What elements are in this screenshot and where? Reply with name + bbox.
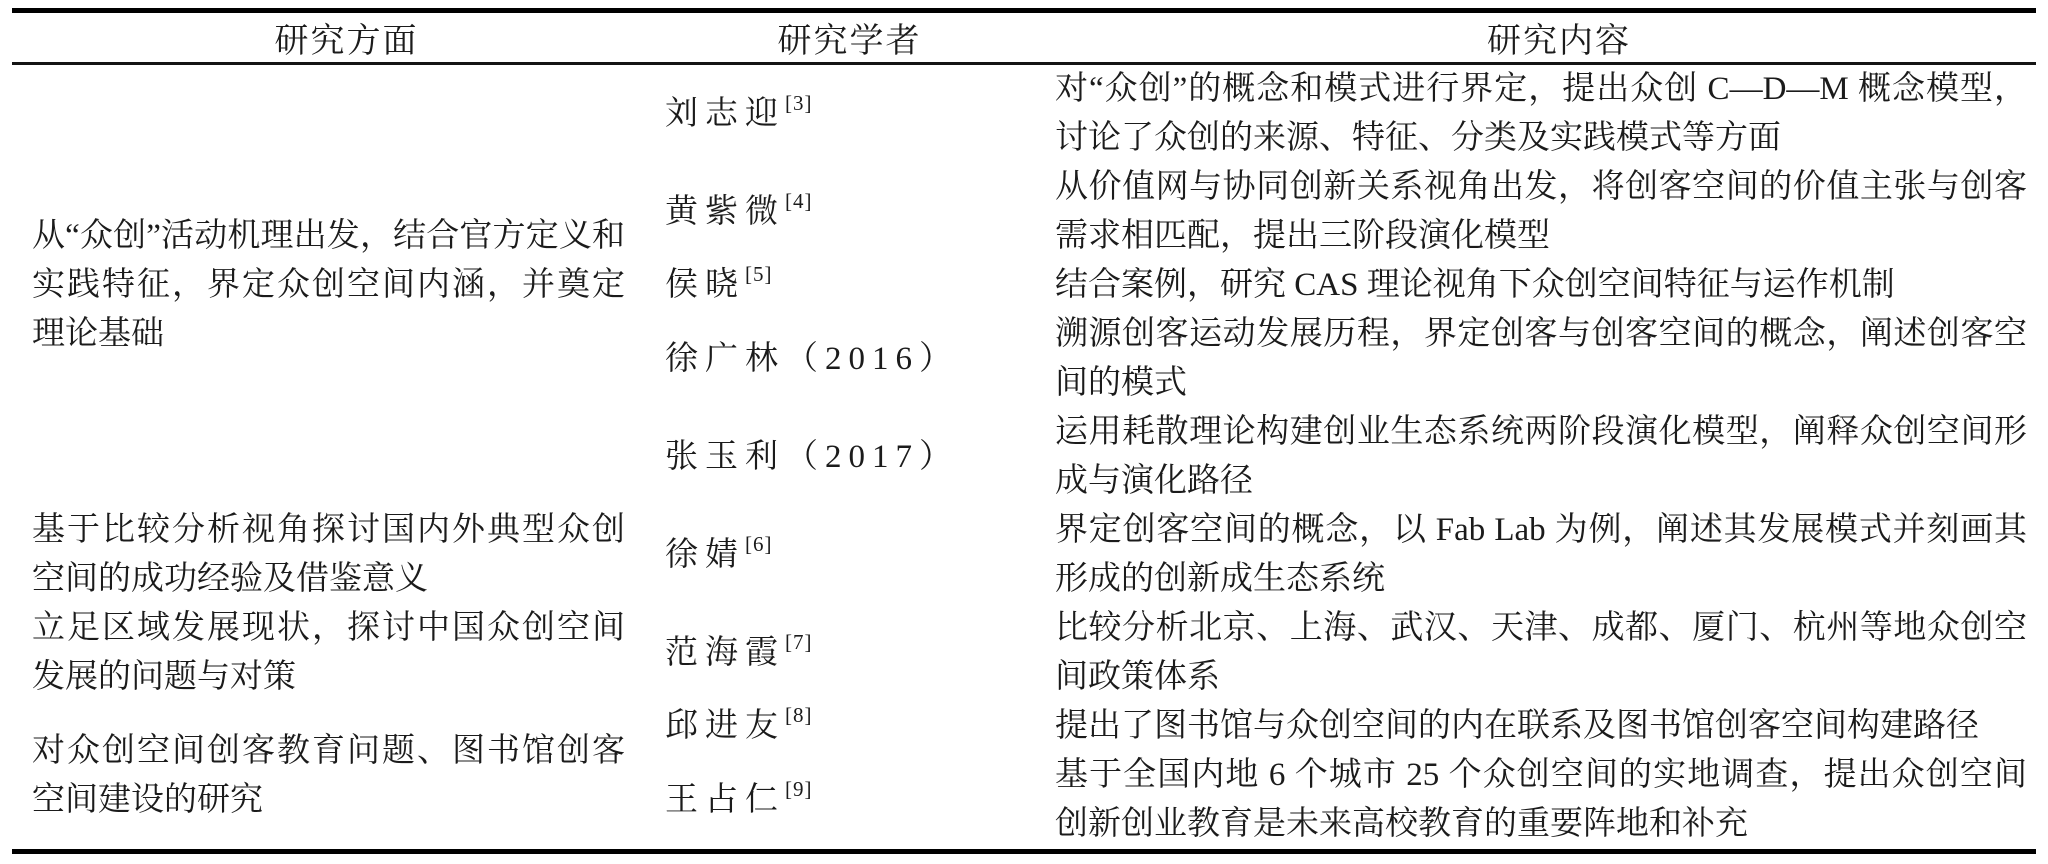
content-cell: 基于全国内地 6 个城市 25 个众创空间的实地调查，提出众创空间创新创业教育是… bbox=[992, 751, 2036, 852]
research-literature-table: 研究方面 研究学者 研究内容 从“众创”活动机理出发，结合官方定义和实践特征，界… bbox=[12, 8, 2036, 854]
scholar-name: 王占仁 bbox=[665, 782, 785, 818]
scholar-cell: 邱进友[8] bbox=[627, 702, 992, 751]
scholar-cell: 侯晓[5] bbox=[627, 261, 992, 310]
aspect-cell-maker-education: 对众创空间创客教育问题、图书馆创客空间建设的研究 bbox=[12, 702, 627, 852]
aspect-cell-theory-foundation: 从“众创”活动机理出发，结合官方定义和实践特征，界定众创空间内涵，并奠定理论基础 bbox=[12, 64, 627, 507]
table-row: 对众创空间创客教育问题、图书馆创客空间建设的研究 邱进友[8] 提出了图书馆与众… bbox=[12, 702, 2036, 751]
aspect-cell-comparative-analysis: 基于比较分析视角探讨国内外典型众创空间的成功经验及借鉴意义 bbox=[12, 506, 627, 604]
column-header-content: 研究内容 bbox=[992, 11, 2036, 64]
content-cell: 对“众创”的概念和模式进行界定，提出众创 C—D—M 概念模型，讨论了众创的来源… bbox=[992, 64, 2036, 164]
scholar-cell: 黄紫微[4] bbox=[627, 163, 992, 261]
reference-marker: [7] bbox=[785, 630, 813, 654]
reference-marker: [4] bbox=[785, 189, 813, 213]
scholar-cell: 王占仁[9] bbox=[627, 751, 992, 852]
scholar-name: 黄紫微 bbox=[665, 194, 785, 230]
content-cell: 界定创客空间的概念，以 Fab Lab 为例，阐述其发展模式并刻画其形成的创新成… bbox=[992, 506, 2036, 604]
content-cell: 结合案例，研究 CAS 理论视角下众创空间特征与运作机制 bbox=[992, 261, 2036, 310]
content-cell: 提出了图书馆与众创空间的内在联系及图书馆创客空间构建路径 bbox=[992, 702, 2036, 751]
content-cell: 溯源创客运动发展历程，界定创客与创客空间的概念，阐述创客空间的模式 bbox=[992, 310, 2036, 408]
scholar-name: 徐婧 bbox=[665, 537, 745, 573]
content-cell: 比较分析北京、上海、武汉、天津、成都、厦门、杭州等地众创空间政策体系 bbox=[992, 604, 2036, 702]
table-row: 立足区域发展现状，探讨中国众创空间发展的问题与对策 范海霞[7] 比较分析北京、… bbox=[12, 604, 2036, 702]
scholar-name: 张玉利（2017） bbox=[665, 439, 959, 475]
scholar-cell: 徐广林（2016） bbox=[627, 310, 992, 408]
reference-marker: [5] bbox=[745, 262, 773, 286]
header-row: 研究方面 研究学者 研究内容 bbox=[12, 11, 2036, 64]
reference-marker: [9] bbox=[785, 777, 813, 801]
reference-marker: [3] bbox=[785, 91, 813, 115]
scholar-name: 邱进友 bbox=[665, 708, 785, 744]
scholar-cell: 刘志迎[3] bbox=[627, 64, 992, 164]
scholar-name: 范海霞 bbox=[665, 635, 785, 671]
reference-marker: [6] bbox=[745, 532, 773, 556]
paper-page: 研究方面 研究学者 研究内容 从“众创”活动机理出发，结合官方定义和实践特征，界… bbox=[0, 0, 2048, 864]
scholar-cell: 范海霞[7] bbox=[627, 604, 992, 702]
scholar-cell: 张玉利（2017） bbox=[627, 408, 992, 506]
content-cell: 运用耗散理论构建创业生态系统两阶段演化模型，阐释众创空间形成与演化路径 bbox=[992, 408, 2036, 506]
column-header-aspect: 研究方面 bbox=[12, 11, 627, 64]
content-cell: 从价值网与协同创新关系视角出发，将创客空间的价值主张与创客需求相匹配，提出三阶段… bbox=[992, 163, 2036, 261]
table-row: 基于比较分析视角探讨国内外典型众创空间的成功经验及借鉴意义 徐婧[6] 界定创客… bbox=[12, 506, 2036, 604]
scholar-name: 刘志迎 bbox=[665, 96, 785, 132]
table-row: 从“众创”活动机理出发，结合官方定义和实践特征，界定众创空间内涵，并奠定理论基础… bbox=[12, 64, 2036, 164]
aspect-cell-regional-development: 立足区域发展现状，探讨中国众创空间发展的问题与对策 bbox=[12, 604, 627, 702]
reference-marker: [8] bbox=[785, 703, 813, 727]
scholar-name: 徐广林（2016） bbox=[665, 341, 959, 377]
scholar-name: 侯晓 bbox=[665, 267, 745, 303]
scholar-cell: 徐婧[6] bbox=[627, 506, 992, 604]
column-header-scholar: 研究学者 bbox=[627, 11, 992, 64]
